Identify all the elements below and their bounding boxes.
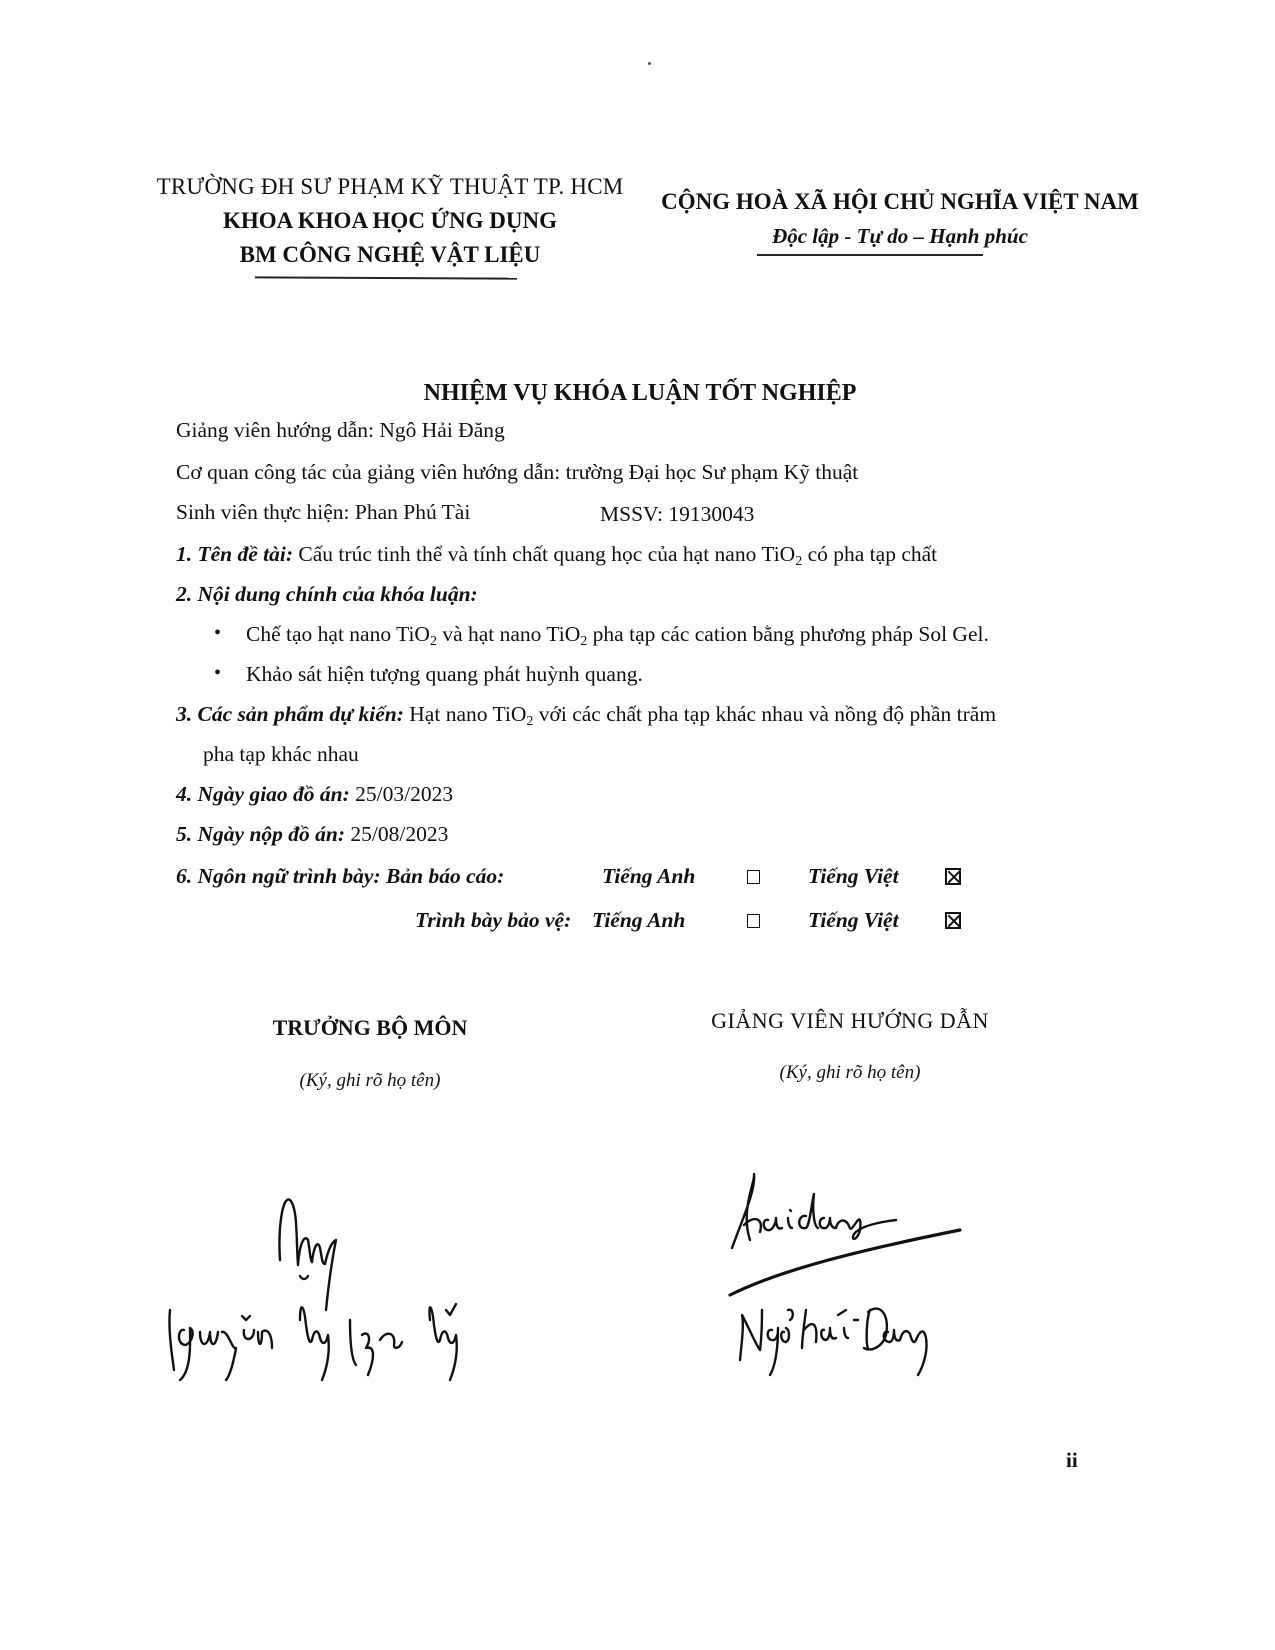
workplace-label: Cơ quan công tác của giảng viên hướng dẫ… bbox=[176, 460, 560, 484]
item-label: Ngày nộp đồ án: bbox=[198, 822, 346, 846]
content-bullet: Khảo sát hiện tượng quang phát huỳnh qua… bbox=[246, 662, 643, 687]
item-language: 6. Ngôn ngữ trình bày: Bản báo cáo: bbox=[176, 864, 504, 889]
right-signature bbox=[720, 1170, 1020, 1380]
item-content: 2. Nội dung chính của khóa luận: bbox=[176, 582, 478, 607]
department-name: BM CÔNG NGHỆ VẬT LIỆU bbox=[140, 238, 640, 272]
national-motto: Độc lập - Tự do – Hạnh phúc bbox=[650, 219, 1150, 253]
left-signatory-title: TRƯỞNG BỘ MÔN bbox=[220, 1015, 520, 1041]
country-name: CỘNG HOÀ XÃ HỘI CHỦ NGHĨA VIỆT NAM bbox=[650, 185, 1150, 219]
supervisor-label: Giảng viên hướng dẫn: bbox=[176, 418, 374, 442]
item-number: 1. bbox=[176, 542, 192, 566]
defense-english-label: Tiếng Anh bbox=[592, 908, 685, 933]
defense-english-checkbox[interactable] bbox=[747, 914, 760, 928]
report-label: Bản báo cáo: bbox=[386, 864, 504, 888]
submit-date-value: 25/08/2023 bbox=[350, 822, 448, 846]
products-text: Hạt nano TiO2 với các chất pha tạp khác … bbox=[409, 702, 996, 726]
topic-text: Cấu trúc tinh thể và tính chất quang học… bbox=[298, 542, 937, 566]
item-number: 4. bbox=[176, 782, 192, 806]
item-number: 5. bbox=[176, 822, 192, 846]
supervisor-name: Ngô Hải Đăng bbox=[379, 418, 504, 442]
item-label: Ngôn ngữ trình bày: bbox=[198, 864, 381, 888]
item-label: Nội dung chính của khóa luận: bbox=[198, 582, 478, 606]
national-header: CỘNG HOÀ XÃ HỘI CHỦ NGHĨA VIỆT NAM Độc l… bbox=[650, 185, 1150, 253]
products-continuation: pha tạp khác nhau bbox=[203, 742, 359, 767]
report-english-label: Tiếng Anh bbox=[602, 864, 695, 889]
report-vietnamese-label: Tiếng Việt bbox=[808, 864, 899, 889]
defense-vietnamese-checkbox[interactable] bbox=[945, 912, 961, 929]
defense-vietnamese-label: Tiếng Việt bbox=[808, 908, 899, 933]
item-products: 3. Các sản phẩm dự kiến: Hạt nano TiO2 v… bbox=[176, 702, 996, 730]
page-number: ii bbox=[1066, 1448, 1078, 1473]
item-number: 2. bbox=[176, 582, 192, 606]
item-assign-date: 4. Ngày giao đồ án: 25/03/2023 bbox=[176, 782, 453, 807]
student-id: 19130043 bbox=[668, 502, 754, 526]
supervisor-line: Giảng viên hướng dẫn: Ngô Hải Đăng bbox=[176, 418, 505, 443]
right-signatory-note: (Ký, ghi rõ họ tên) bbox=[700, 1062, 1000, 1084]
workplace-value: trường Đại học Sư phạm Kỹ thuật bbox=[566, 460, 859, 484]
right-signatory-title: GIẢNG VIÊN HƯỚNG DẪN bbox=[680, 1008, 1020, 1034]
item-label: Ngày giao đồ án: bbox=[198, 782, 350, 806]
left-signatory-note: (Ký, ghi rõ họ tên) bbox=[220, 1070, 520, 1092]
student-id-label: MSSV: bbox=[600, 502, 663, 526]
content-bullet: Chế tạo hạt nano TiO2 và hạt nano TiO2 p… bbox=[246, 622, 989, 650]
assign-date-value: 25/03/2023 bbox=[355, 782, 453, 806]
student-label: Sinh viên thực hiện: bbox=[176, 500, 349, 524]
faculty-name: KHOA KHOA HỌC ỨNG DỤNG bbox=[140, 204, 640, 238]
university-name: TRƯỜNG ĐH SƯ PHẠM KỸ THUẬT TP. HCM bbox=[140, 170, 640, 204]
student-name: Phan Phú Tài bbox=[355, 500, 470, 524]
left-signature bbox=[150, 1180, 670, 1380]
student-id-line: MSSV: 19130043 bbox=[600, 502, 754, 527]
item-label: Các sản phẩm dự kiến: bbox=[198, 702, 404, 726]
report-vietnamese-checkbox[interactable] bbox=[945, 868, 961, 885]
workplace-line: Cơ quan công tác của giảng viên hướng dẫ… bbox=[176, 460, 858, 485]
document-title: NHIỆM VỤ KHÓA LUẬN TỐT NGHIỆP bbox=[160, 380, 1120, 407]
item-number: 3. bbox=[176, 702, 192, 726]
header-underline-right bbox=[757, 254, 983, 256]
item-number: 6. bbox=[176, 864, 192, 888]
student-line: Sinh viên thực hiện: Phan Phú Tài bbox=[176, 500, 470, 525]
report-english-checkbox[interactable] bbox=[747, 870, 760, 884]
item-topic: 1. Tên đề tài: Cấu trúc tinh thể và tính… bbox=[176, 542, 937, 570]
item-label: Tên đề tài: bbox=[198, 542, 294, 566]
institution-header: TRƯỜNG ĐH SƯ PHẠM KỸ THUẬT TP. HCM KHOA … bbox=[140, 170, 640, 272]
header-underline-left bbox=[255, 276, 517, 279]
defense-label: Trình bày bảo vệ: bbox=[415, 908, 571, 933]
item-submit-date: 5. Ngày nộp đồ án: 25/08/2023 bbox=[176, 822, 448, 847]
scan-speck bbox=[648, 62, 651, 65]
